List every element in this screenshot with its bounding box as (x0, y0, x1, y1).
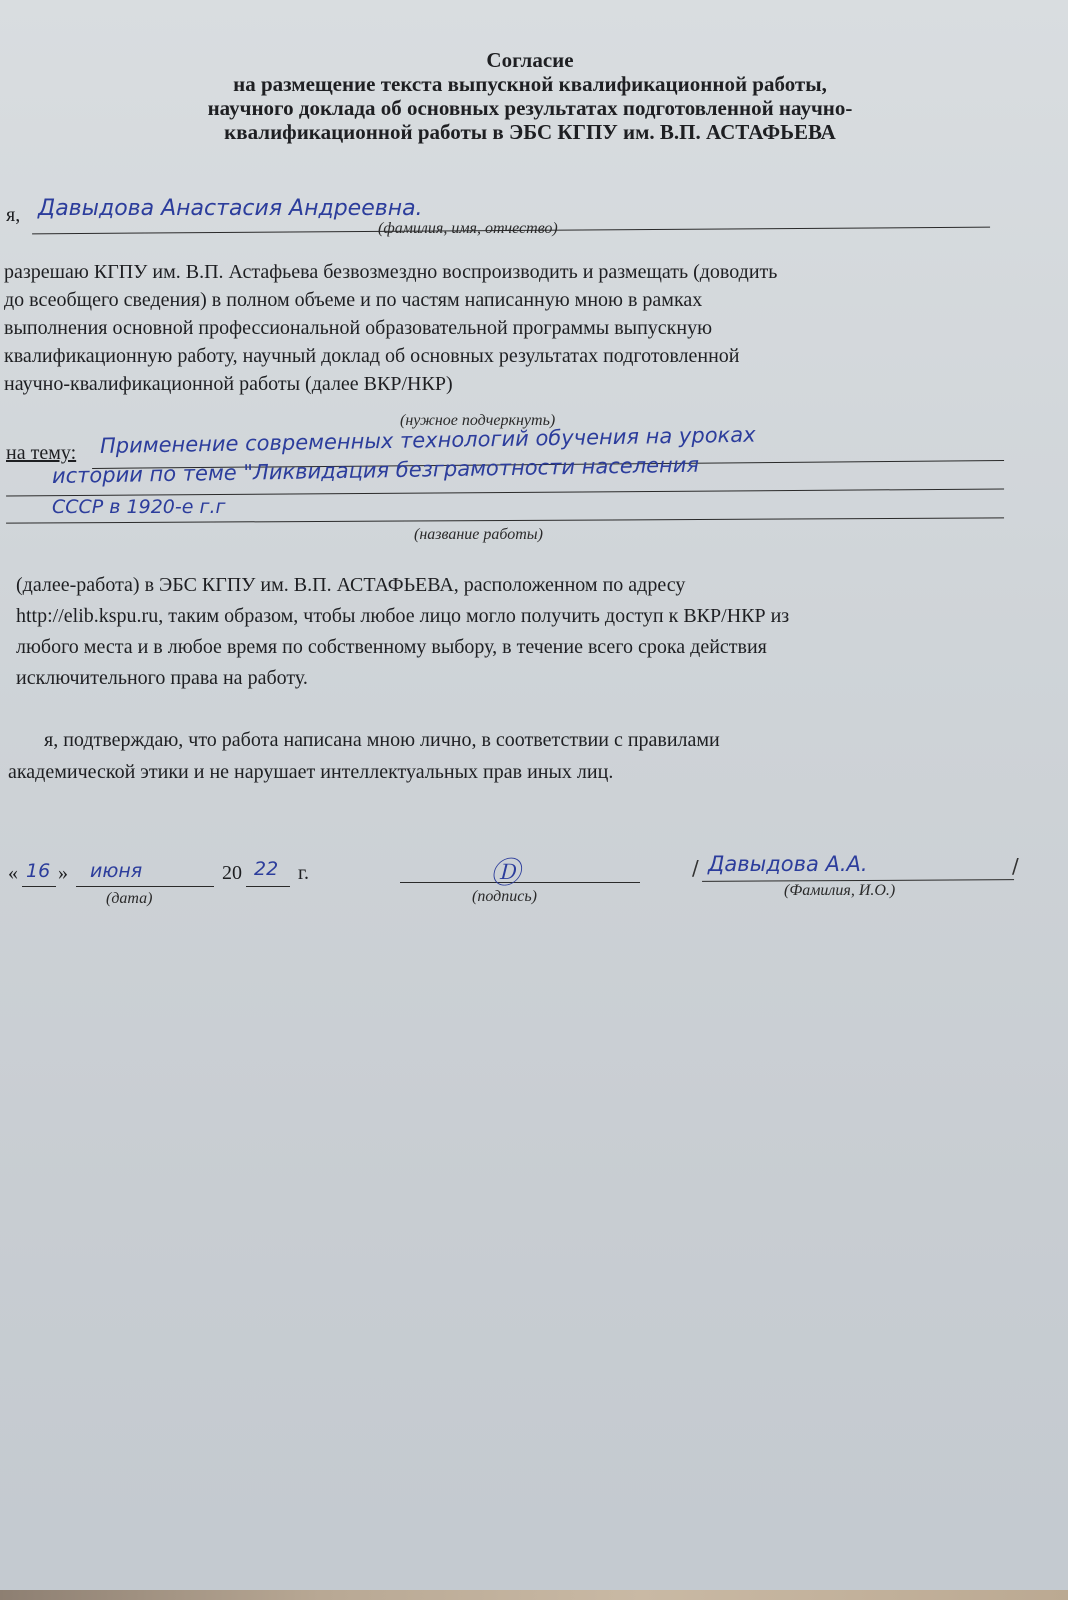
paragraph-line: http://elib.kspu.ru, таким образом, чтоб… (16, 601, 1020, 632)
consent-form-page: Согласие на размещение текста выпускной … (0, 0, 1068, 1590)
date-caption: (дата) (106, 890, 153, 908)
paragraph-placement: (далее-работа) в ЭБС КГПУ им. В.П. АСТАФ… (16, 570, 1020, 694)
title-line: квалификационной работы в ЭБС КГПУ им. В… (90, 120, 970, 144)
title-line: на размещение текста выпускной квалифика… (90, 72, 970, 96)
surname-caption: (Фамилия, И.О.) (784, 882, 895, 900)
name-caption: (фамилия, имя, отчество) (378, 220, 558, 238)
paragraph-line: любого места и в любое время по собствен… (16, 632, 1020, 663)
paragraph-line: квалификационную работу, научный доклад … (4, 342, 1004, 370)
paragraph-line: выполнения основной профессиональной обр… (4, 314, 1004, 342)
paragraph-confirmation: я, подтверждаю, что работа написана мною… (8, 724, 1024, 788)
paragraph-line: разрешаю КГПУ им. В.П. Астафьева безвозм… (4, 258, 1004, 286)
date-close-quote: » (58, 862, 68, 885)
paragraph-line: я, подтверждаю, что работа написана мною… (8, 724, 1024, 756)
year-unit: г. (298, 862, 309, 885)
signature-underline (400, 860, 640, 883)
title-line: научного доклада об основных результатах… (90, 96, 970, 120)
paragraph-line: исключительного права на работу. (16, 663, 1020, 694)
title-line: Согласие (90, 48, 970, 72)
slash-right: / (1012, 854, 1019, 878)
paragraph-permission: разрешаю КГПУ им. В.П. Астафьева безвозм… (4, 258, 1004, 398)
handwritten-year: 22 (254, 858, 278, 880)
signature-caption: (подпись) (472, 888, 537, 906)
table-surface (0, 1590, 1068, 1600)
signature-mark: Ⓓ (490, 848, 520, 892)
paragraph-line: до всеобщего сведения) в полном объеме и… (4, 286, 1004, 314)
year-prefix: 20 (222, 862, 242, 885)
paragraph-line: научно-квалификационной работы (далее ВК… (4, 370, 1004, 398)
document-title: Согласие на размещение текста выпускной … (90, 48, 970, 144)
handwritten-month: июня (90, 860, 142, 882)
topic-caption: (название работы) (414, 526, 543, 544)
paragraph-line: академической этики и не нарушает интелл… (8, 756, 1024, 788)
handwritten-topic-line: СССР в 1920-е г.г (52, 496, 225, 518)
topic-label: на тему: (6, 442, 76, 465)
handwritten-surname: Давыдова А.А. (708, 852, 868, 876)
handwritten-day: 16 (26, 860, 50, 882)
name-prefix: я, (6, 204, 20, 227)
handwritten-name: Давыдова Анастасия Андреевна. (38, 196, 423, 221)
date-open-quote: « (8, 862, 18, 885)
slash-left: / (692, 856, 699, 880)
paragraph-line: (далее-работа) в ЭБС КГПУ им. В.П. АСТАФ… (16, 570, 1020, 601)
